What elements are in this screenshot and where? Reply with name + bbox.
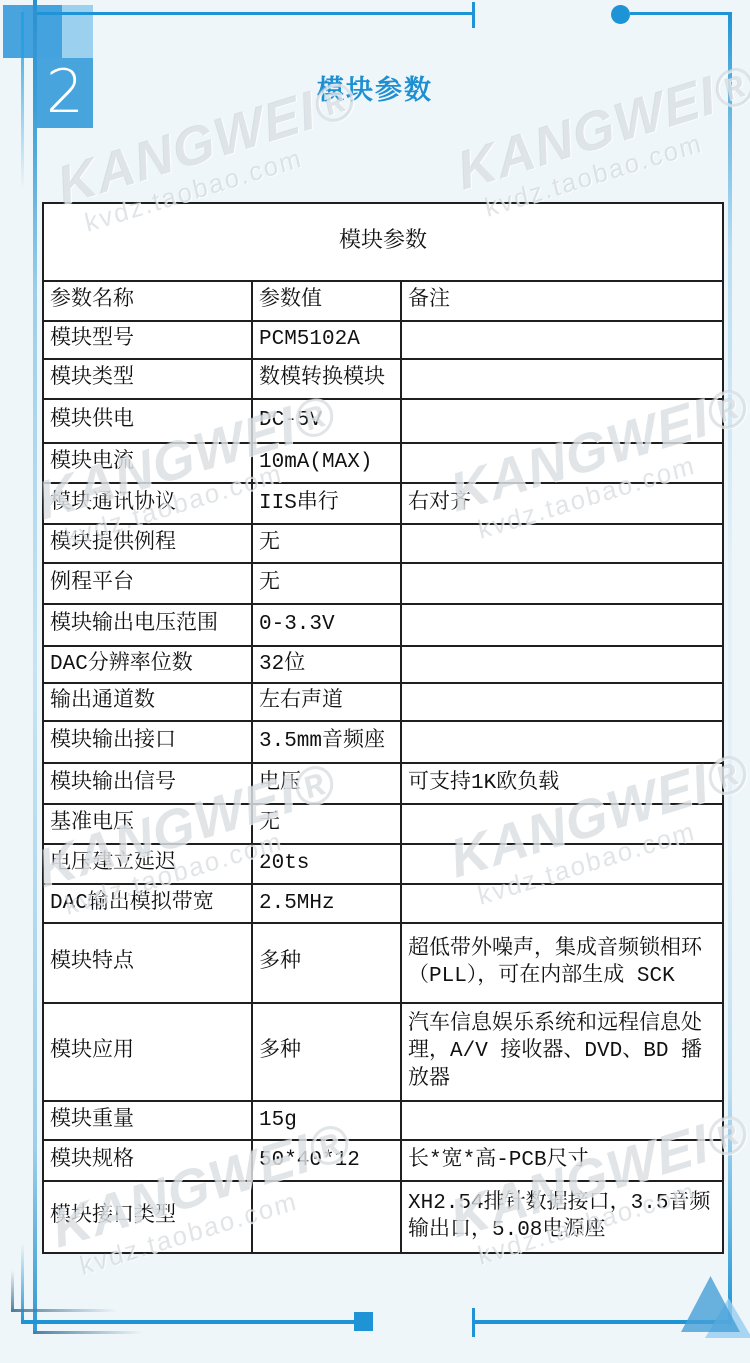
param-value-cell: PCM5102A — [252, 321, 401, 359]
column-header-name: 参数名称 — [43, 281, 252, 321]
table-row: 模块接口类型 XH2.54排针数据接口，3.5音频输出口，5.08电源座 — [43, 1181, 723, 1253]
param-note-cell: 长*宽*高-PCB尺寸 — [401, 1140, 723, 1181]
params-table: 模块参数 参数名称 参数值 备注 模块型号 PCM5102A 模块类型 数模转换… — [42, 202, 724, 1254]
table-row: 模块输出电压范围 0-3.3V — [43, 604, 723, 646]
param-value-cell: 3.5mm音频座 — [252, 721, 401, 763]
param-name-cell: 输出通道数 — [43, 683, 252, 721]
param-note-cell: XH2.54排针数据接口，3.5音频输出口，5.08电源座 — [401, 1181, 723, 1253]
table-row: 模块电流 10mA(MAX) — [43, 443, 723, 483]
table-row: 模块通讯协议 IIS串行 右对齐 — [43, 483, 723, 524]
param-value-cell: 15g — [252, 1101, 401, 1140]
param-name-cell: 模块输出接口 — [43, 721, 252, 763]
param-value-cell: 数模转换模块 — [252, 359, 401, 399]
param-name-cell: 模块电流 — [43, 443, 252, 483]
table-row: 模块应用 多种 汽车信息娱乐系统和远程信息处理，A/V 接收器、DVD、BD 播… — [43, 1003, 723, 1101]
column-header-value: 参数值 — [252, 281, 401, 321]
param-note-cell: 汽车信息娱乐系统和远程信息处理，A/V 接收器、DVD、BD 播放器 — [401, 1003, 723, 1101]
table-row: 模块类型 数模转换模块 — [43, 359, 723, 399]
param-name-cell: 模块应用 — [43, 1003, 252, 1101]
param-value-cell: DC-5V — [252, 399, 401, 443]
param-name-cell: DAC分辨率位数 — [43, 646, 252, 683]
param-value-cell: 无 — [252, 524, 401, 563]
frame-bottom-left-line — [21, 1320, 355, 1324]
param-name-cell: 模块特点 — [43, 923, 252, 1003]
frame-left-bottom-corner — [33, 1331, 143, 1334]
param-note-cell — [401, 1101, 723, 1140]
table-row: 模块输出接口 3.5mm音频座 — [43, 721, 723, 763]
table-row: 输出通道数 左右声道 — [43, 683, 723, 721]
param-value-cell: 电压 — [252, 763, 401, 804]
param-note-cell — [401, 683, 723, 721]
table-row: 模块供电 DC-5V — [43, 399, 723, 443]
param-value-cell: 32位 — [252, 646, 401, 683]
param-name-cell: 模块型号 — [43, 321, 252, 359]
frame-left-accent-line-bottom — [21, 1243, 24, 1323]
table-row: 模块重量 15g — [43, 1101, 723, 1140]
frame-top-dot — [611, 5, 630, 24]
param-note-cell: 右对齐 — [401, 483, 723, 524]
corner-triangle — [681, 1276, 740, 1332]
table-row: DAC分辨率位数 32位 — [43, 646, 723, 683]
table-row: 模块特点 多种 超低带外噪声，集成音频锁相环（PLL），可在内部生成 SCK — [43, 923, 723, 1003]
frame-right-line — [728, 12, 732, 1325]
frame-top-right-line — [630, 12, 731, 15]
param-note-cell — [401, 646, 723, 683]
param-value-cell — [252, 1181, 401, 1253]
param-value-cell: 0-3.3V — [252, 604, 401, 646]
param-name-cell: 模块规格 — [43, 1140, 252, 1181]
param-name-cell: 模块输出电压范围 — [43, 604, 252, 646]
param-value-cell: 无 — [252, 563, 401, 604]
param-note-cell — [401, 443, 723, 483]
deco-medium-square — [3, 5, 62, 58]
frame-top-line — [35, 12, 474, 15]
deco-light-square — [22, 5, 93, 58]
param-value-cell: 左右声道 — [252, 683, 401, 721]
param-note-cell — [401, 399, 723, 443]
table-title: 模块参数 — [43, 203, 723, 281]
param-name-cell: DAC输出模拟带宽 — [43, 884, 252, 923]
param-note-cell — [401, 884, 723, 923]
param-name-cell: 模块提供例程 — [43, 524, 252, 563]
params-table-body: 模块参数 参数名称 参数值 备注 模块型号 PCM5102A 模块类型 数模转换… — [43, 203, 723, 1253]
table-row: 模块型号 PCM5102A — [43, 321, 723, 359]
frame-steel-line-vertical — [11, 1270, 14, 1312]
param-note-cell — [401, 844, 723, 884]
table-header-row: 参数名称 参数值 备注 — [43, 281, 723, 321]
param-note-cell — [401, 804, 723, 844]
param-note-cell: 超低带外噪声，集成音频锁相环（PLL），可在内部生成 SCK — [401, 923, 723, 1003]
table-row: 基准电压 无 — [43, 804, 723, 844]
param-name-cell: 模块接口类型 — [43, 1181, 252, 1253]
table-row: 电压建立延迟 20ts — [43, 844, 723, 884]
param-value-cell: 10mA(MAX) — [252, 443, 401, 483]
param-note-cell: 可支持1K欧负载 — [401, 763, 723, 804]
param-note-cell — [401, 321, 723, 359]
column-header-note: 备注 — [401, 281, 723, 321]
param-note-cell — [401, 721, 723, 763]
frame-steel-line-horizontal — [11, 1309, 117, 1312]
param-name-cell: 模块重量 — [43, 1101, 252, 1140]
param-name-cell: 模块供电 — [43, 399, 252, 443]
page-title: 模块参数 — [0, 68, 750, 107]
param-value-cell: 多种 — [252, 1003, 401, 1101]
param-name-cell: 模块类型 — [43, 359, 252, 399]
param-value-cell: 50*40*12 — [252, 1140, 401, 1181]
frame-bottom-square — [354, 1312, 373, 1331]
corner-triangle-light — [705, 1298, 750, 1338]
param-value-cell: 2.5MHz — [252, 884, 401, 923]
param-note-cell — [401, 604, 723, 646]
param-value-cell: 20ts — [252, 844, 401, 884]
frame-left-line — [33, 0, 37, 1334]
param-value-cell: 多种 — [252, 923, 401, 1003]
param-value-cell: IIS串行 — [252, 483, 401, 524]
page: { "page": { "badge_number": "2", "title"… — [0, 0, 750, 1363]
table-row: DAC输出模拟带宽 2.5MHz — [43, 884, 723, 923]
table-row: 模块规格 50*40*12 长*宽*高-PCB尺寸 — [43, 1140, 723, 1181]
param-value-cell: 无 — [252, 804, 401, 844]
param-name-cell: 模块输出信号 — [43, 763, 252, 804]
param-name-cell: 基准电压 — [43, 804, 252, 844]
table-row: 模块提供例程 无 — [43, 524, 723, 563]
frame-bottom-right-line — [472, 1320, 731, 1324]
param-name-cell: 电压建立延迟 — [43, 844, 252, 884]
param-note-cell — [401, 563, 723, 604]
param-note-cell — [401, 524, 723, 563]
table-row: 例程平台 无 — [43, 563, 723, 604]
frame-top-tick — [472, 2, 475, 28]
param-note-cell — [401, 359, 723, 399]
table-title-row: 模块参数 — [43, 203, 723, 281]
table-row: 模块输出信号 电压 可支持1K欧负载 — [43, 763, 723, 804]
param-name-cell: 模块通讯协议 — [43, 483, 252, 524]
param-name-cell: 例程平台 — [43, 563, 252, 604]
frame-bottom-tick — [472, 1308, 475, 1337]
